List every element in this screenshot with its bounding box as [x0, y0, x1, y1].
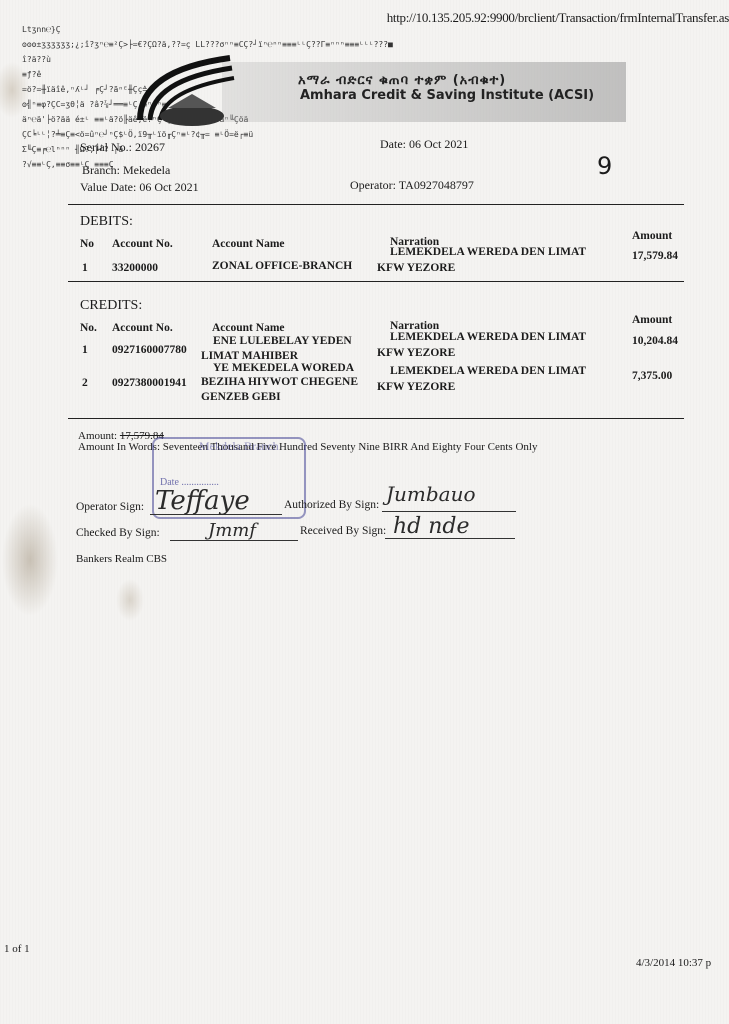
institution-logo-icon [120, 50, 250, 130]
amount-words-label: Amount In Words: [78, 441, 160, 453]
value-date: Value Date: 06 Oct 2021 [80, 180, 199, 195]
date-label: Date: [380, 137, 406, 151]
credits-col-account-name: Account Name [212, 322, 285, 334]
credit-amount: 7,375.00 [632, 370, 672, 382]
credit-narration-2: KFW YEZORE [377, 381, 455, 393]
credit-account-name-3: GENZEB GEBI [201, 391, 281, 403]
print-url: http://10.135.205.92:9900/brclient/Trans… [387, 10, 729, 26]
credit-account-name-1: YE MEKEDELA WOREDA [213, 362, 354, 374]
credits-col-no: No. [80, 322, 97, 334]
print-artifact-line: Ltʒnn℮}Ç [22, 22, 61, 37]
debits-col-account-name: Account Name [212, 238, 285, 250]
operator-label: Operator: [350, 178, 396, 192]
credits-col-account-no: Account No. [112, 322, 173, 334]
operator-signature: Teffaye [155, 486, 250, 516]
credit-amount: 10,204.84 [632, 335, 678, 347]
credit-no: 1 [82, 344, 88, 356]
debit-account-no: 33200000 [112, 262, 158, 274]
authorized-sign-label: Authorized By Sign: [284, 499, 379, 511]
credits-col-amount: Amount [632, 314, 672, 326]
debit-narration-2: KFW YEZORE [377, 262, 455, 274]
divider [68, 418, 684, 419]
branch-value: Mekedela [123, 163, 170, 177]
amount-in-words: Amount In Words: Seventeen Thousand Five… [78, 441, 537, 453]
credit-account-name-2: BEZIHA HIYWOT CHEGENE [201, 376, 358, 388]
value-date-label: Value Date: [80, 180, 136, 194]
date-value: 06 Oct 2021 [409, 137, 468, 151]
org-name-amharic: አማራ ብድርና ቁጠባ ተቋም (አብቁተ) [298, 73, 506, 88]
checked-signature: Jmmf [208, 520, 256, 541]
debit-amount: 17,579.84 [632, 250, 678, 262]
credit-account-no: 0927160007780 [112, 344, 187, 356]
branch-label: Branch: [82, 163, 120, 177]
credit-narration-2: KFW YEZORE [377, 347, 455, 359]
debits-title: DEBITS: [80, 214, 133, 230]
page-number: 1 of 1 [4, 943, 30, 955]
credit-account-no: 0927380001941 [112, 377, 187, 389]
operator-sign-label: Operator Sign: [76, 501, 144, 513]
authorized-sign-line [382, 511, 516, 512]
debit-account-name: ZONAL OFFICE-BRANCH [212, 260, 352, 272]
received-signature: hd nde [393, 514, 470, 539]
print-artifact-line: î?ä??ù [22, 52, 51, 67]
value-date-value: 06 Oct 2021 [139, 180, 198, 194]
credits-title: CREDITS: [80, 298, 142, 314]
serial-label: Serial No.: [80, 140, 132, 154]
system-name: Bankers Realm CBS [76, 553, 167, 565]
credit-account-name-1: ENE LULEBELAY YEDEN [213, 335, 352, 347]
checked-sign-label: Checked By Sign: [76, 527, 160, 539]
handwritten-page-mark: 9 [597, 152, 612, 180]
credit-narration-1: LEMEKDELA WEREDA DEN LIMAT [390, 365, 586, 377]
divider [68, 204, 684, 205]
print-artifact-line: ≡ƒ?ê [22, 67, 41, 82]
debits-col-amount: Amount [632, 230, 672, 242]
operator-value: TA0927048797 [399, 178, 474, 192]
serial-value: 20267 [135, 140, 165, 154]
authorized-signature: Jumbauo [386, 482, 476, 506]
serial-number: Serial No.: 20267 [80, 140, 165, 155]
received-sign-label: Received By Sign: [300, 525, 386, 537]
stamp-title: Mekdela Branch [199, 439, 279, 454]
document-date: Date: 06 Oct 2021 [380, 137, 468, 152]
credit-account-name-2: LIMAT MAHIBER [201, 350, 298, 362]
branch: Branch: Mekedela [82, 163, 170, 178]
debit-no: 1 [82, 262, 88, 274]
org-name-english: Amhara Credit & Saving Institute (ACSI) [300, 88, 594, 103]
operator: Operator: TA0927048797 [350, 178, 474, 193]
divider [68, 281, 684, 282]
debits-col-no: No [80, 238, 94, 250]
debits-col-account-no: Account No. [112, 238, 173, 250]
print-timestamp: 4/3/2014 10:37 p [636, 957, 711, 969]
credit-no: 2 [82, 377, 88, 389]
debit-narration-1: LEMEKDELA WEREDA DEN LIMAT [390, 246, 586, 258]
credit-narration-1: LEMEKDELA WEREDA DEN LIMAT [390, 331, 586, 343]
